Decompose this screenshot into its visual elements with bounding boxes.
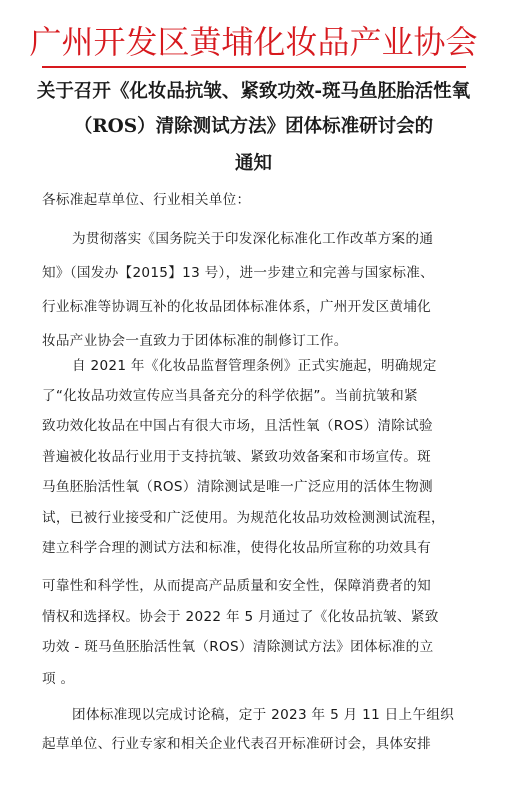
paragraph-2-line: 了“化妆品功效宣传应当具备充分的科学依据”。当前抗皱和紧 — [42, 386, 418, 406]
notice-title-line-2: （ROS）清除测试方法》团体标准研讨会的 — [0, 113, 507, 141]
paragraph-2-line: 情权和选择权。协会于 2022 年 5 月通过了《化妆品抗皱、紧致 — [42, 607, 439, 627]
paragraph-2-line: 致功效化妆品在中国占有很大市场，且活性氧（ROS）清除试验 — [42, 416, 433, 436]
notice-document: 广州开发区黄埔化妆品产业协会 关于召开《化妆品抗皱、紧致功效-斑马鱼胚胎活性氧 … — [0, 0, 507, 788]
paragraph-1-line: 妆品产业协会一直致力于团体标准的制修订工作。 — [42, 331, 348, 351]
paragraph-2-line: 马鱼胚胎活性氧（ROS）清除测试是唯一广泛应用的活体生物测 — [42, 477, 433, 497]
organization-letterhead: 广州开发区黄埔化妆品产业协会 — [0, 22, 507, 62]
paragraph-1-line: 为贯彻落实《国务院关于印发深化标准化工作改革方案的通 — [72, 229, 433, 249]
paragraph-2-line: 可靠性和科学性，从而提高产品质量和安全性，保障消费者的知 — [42, 576, 431, 596]
paragraph-3-line: 起草单位、行业专家和相关企业代表召开标准研讨会，具体安排 — [42, 734, 431, 754]
paragraph-2-line: 试，已被行业接受和广泛使用。为规范化妆品功效检测测试流程， — [42, 508, 445, 528]
paragraph-3-line: 团体标准现以完成讨论稿，定于 2023 年 5 月 11 日上午组织 — [72, 705, 454, 725]
salutation: 各标准起草单位、行业相关单位： — [42, 190, 250, 210]
paragraph-2-line: 建立科学合理的测试方法和标准，使得化妆品所宣称的功效具有 — [42, 538, 431, 558]
paragraph-2-line: 功效 - 斑马鱼胚胎活性氧（ROS）清除测试方法》团体标准的立 — [42, 637, 433, 657]
paragraph-2-line: 项 。 — [42, 669, 74, 689]
letterhead-divider — [42, 66, 466, 68]
paragraph-1-line: 知》（国发办【2015】13 号），进一步建立和完善与国家标准、 — [42, 263, 434, 283]
paragraph-2-line: 普遍被化妆品行业用于支持抗皱、紧致功效备案和市场宣传。斑 — [42, 447, 431, 467]
paragraph-2-line: 自 2021 年《化妆品监督管理条例》正式实施起，明确规定 — [72, 356, 437, 376]
paragraph-1-line: 行业标准等协调互补的化妆品团体标准体系，广州开发区黄埔化 — [42, 297, 431, 317]
notice-title-line-1: 关于召开《化妆品抗皱、紧致功效-斑马鱼胚胎活性氧 — [0, 78, 507, 106]
notice-title-line-3: 通知 — [0, 150, 507, 178]
